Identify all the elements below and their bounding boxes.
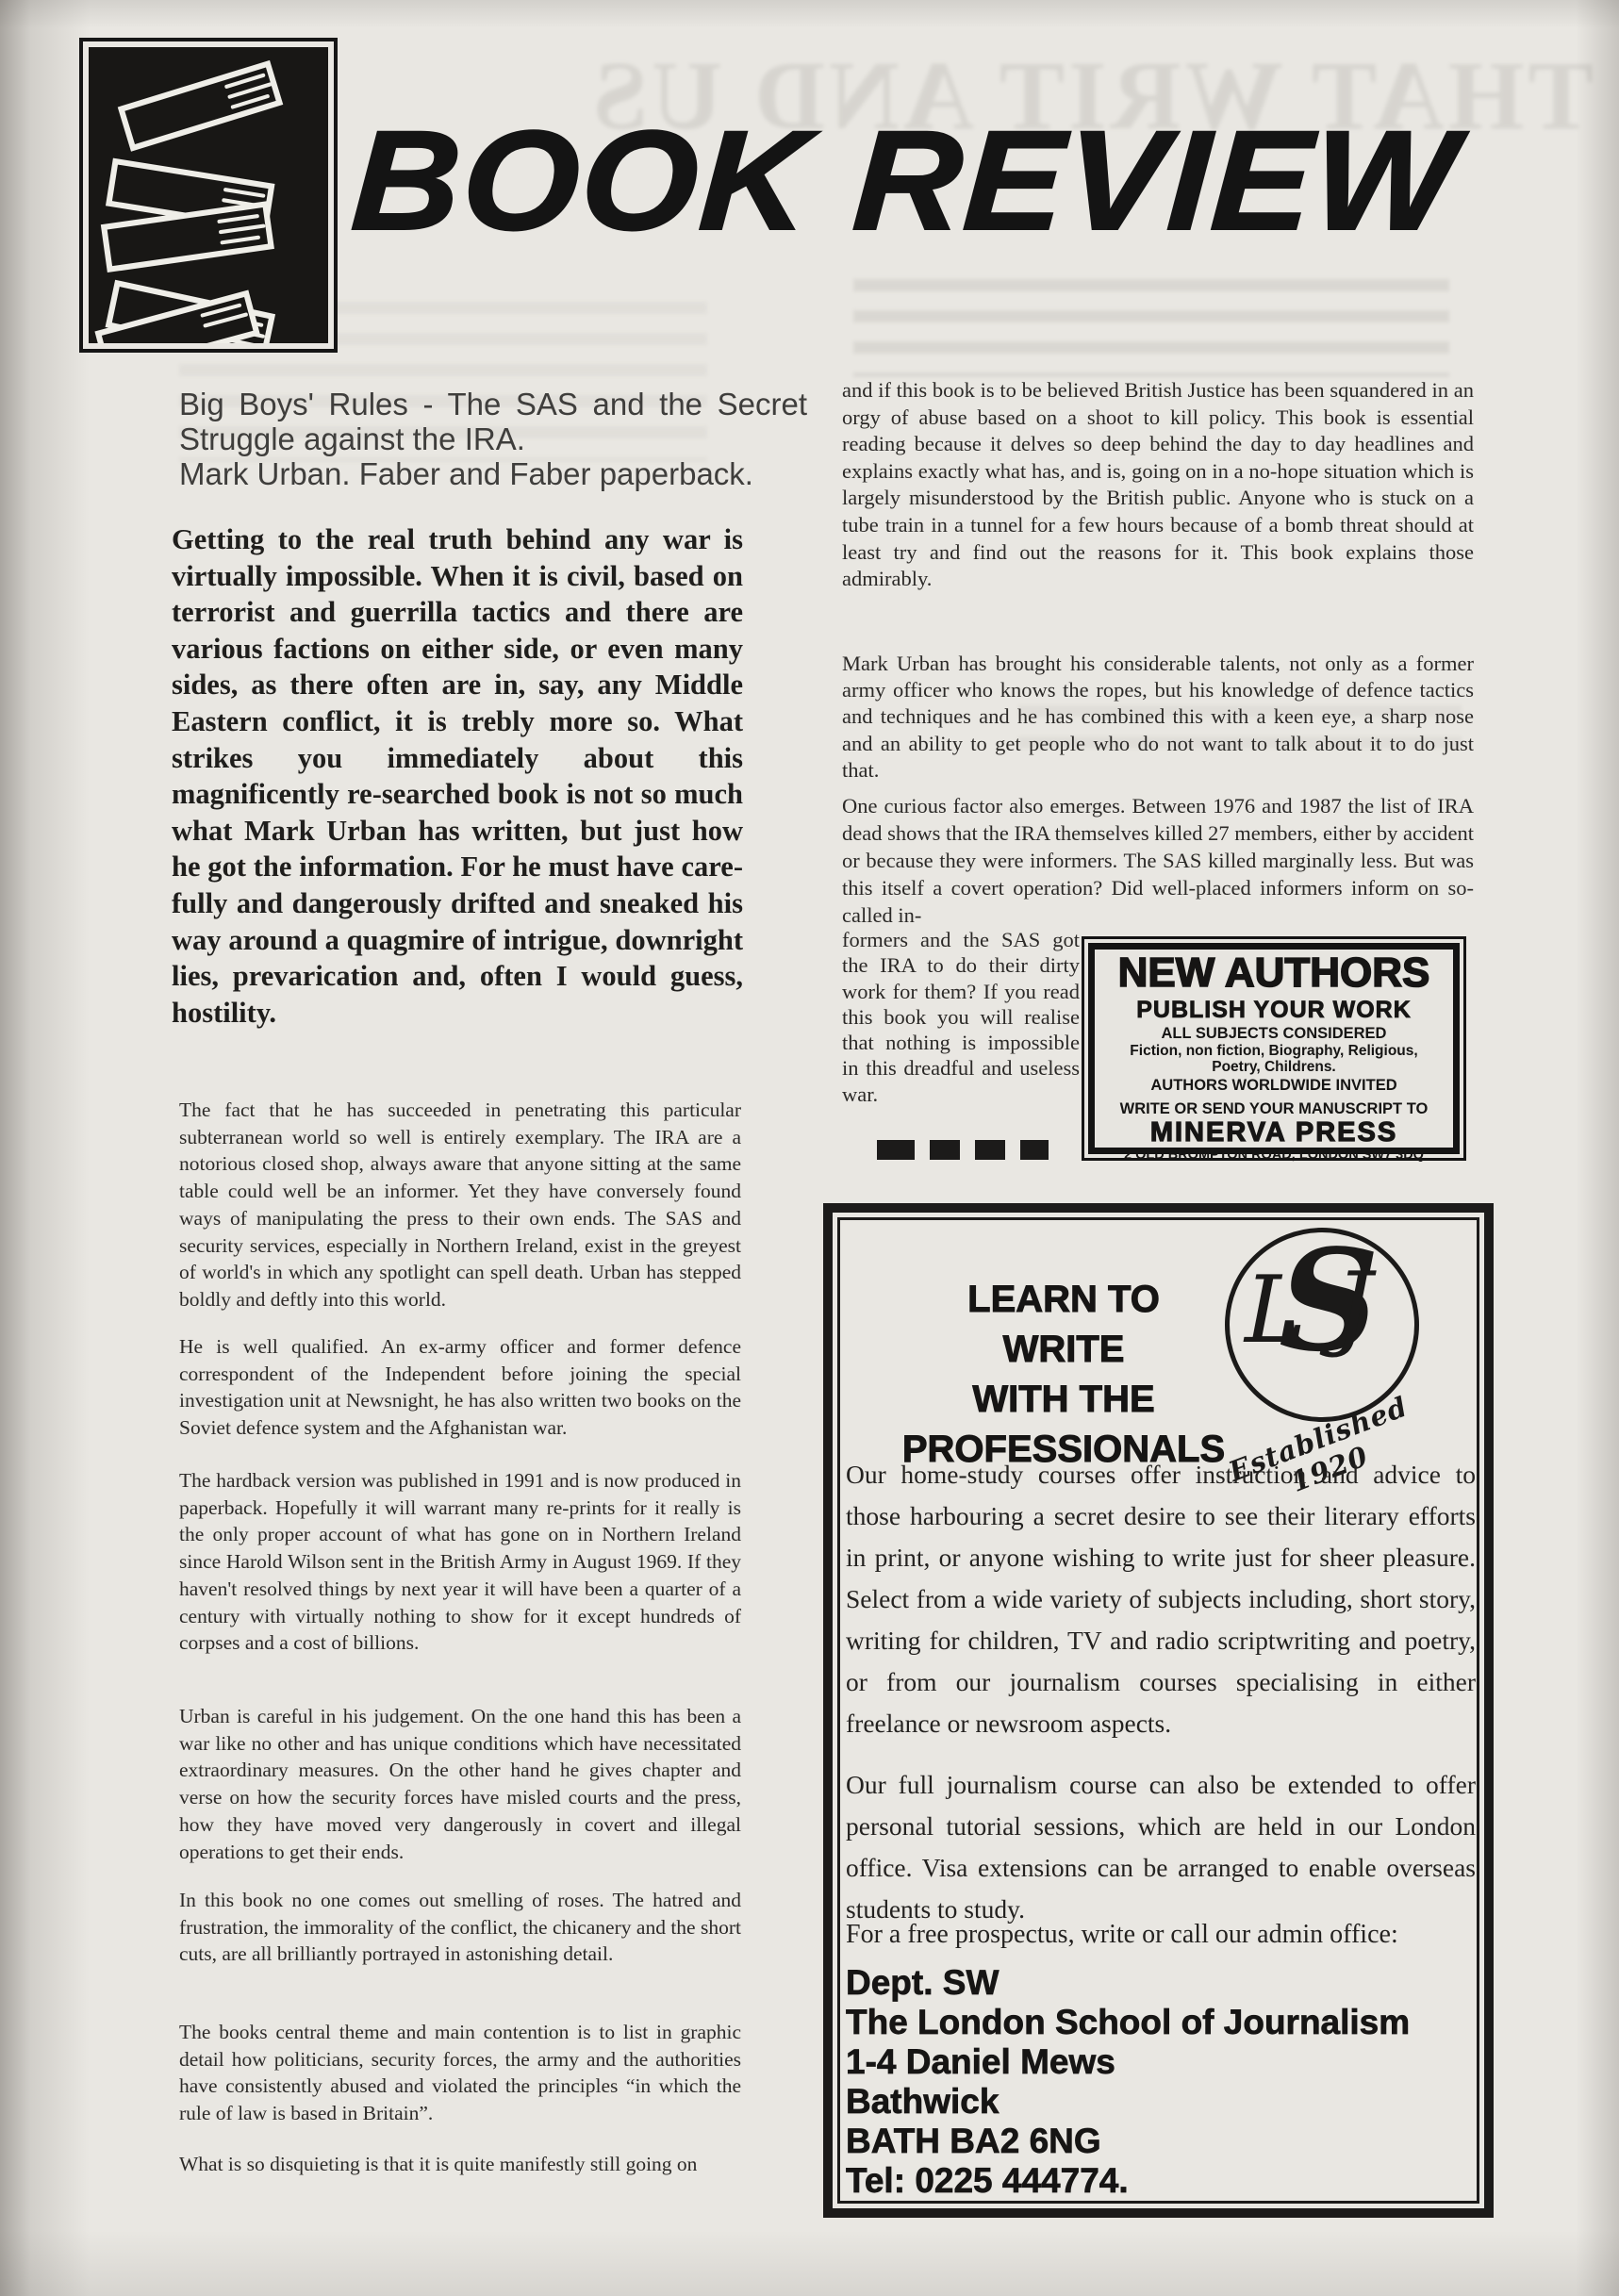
books-icon — [79, 38, 338, 353]
lsj-ad-inner: LEARN TO WRITE WITH THE PROFESSIONALS L … — [837, 1217, 1479, 2204]
ad-line: AUTHORS WORLDWIDE INVITED — [1095, 1077, 1453, 1095]
ad-line: WRITE OR SEND YOUR MANUSCRIPT TO — [1095, 1100, 1453, 1118]
review-paragraph: The hardback version was published in 19… — [179, 1467, 741, 1657]
minerva-press-ad: NEW AUTHORS PUBLISH YOUR WORK ALL SUBJEC… — [1082, 936, 1466, 1161]
book-citation-line: Mark Urban. Faber and Faber paperback. — [179, 456, 807, 491]
ad-address-line: 1-4 Daniel Mews — [846, 2042, 1476, 2082]
ad-subheadline: PUBLISH YOUR WORK — [1095, 998, 1453, 1023]
ad-cta-line: For a free prospectus, write or call our… — [846, 1920, 1476, 1950]
ad-headline-line: WRITE — [899, 1325, 1229, 1375]
lsj-ad: LEARN TO WRITE WITH THE PROFESSIONALS L … — [823, 1203, 1494, 2218]
book-citation-line: Big Boys' Rules - The SAS and the Secret — [179, 387, 807, 421]
ad-address: 2 OLD BROMPTON ROAD, LONDON SW7 3DQ — [1095, 1148, 1453, 1164]
ad-line: ALL SUBJECTS CONSIDERED — [1095, 1025, 1453, 1043]
review-paragraph: One curious factor also emerges. Between… — [842, 792, 1474, 929]
books-icon-art — [89, 47, 328, 343]
ad-address-line: Dept. SW — [846, 1963, 1476, 2003]
minerva-press-ad-inner: NEW AUTHORS PUBLISH YOUR WORK ALL SUBJEC… — [1088, 943, 1460, 1154]
separator-square — [930, 1140, 960, 1160]
magazine-page: THAT WRIT AND US — [0, 0, 1619, 2296]
scan-shadow-left — [0, 0, 90, 2296]
page-title: BOOK REVIEW — [349, 109, 1462, 251]
ad-address-line: The London School of Journalism — [846, 2003, 1476, 2042]
separator-square — [975, 1140, 1005, 1160]
lsj-logo: L S J — [1225, 1228, 1419, 1422]
ad-headline-line: WITH THE — [899, 1375, 1229, 1425]
separator-square — [1020, 1140, 1049, 1160]
ad-company-name: MINERVA PRESS — [1095, 1118, 1453, 1148]
ad-headline: NEW AUTHORS — [1095, 951, 1453, 995]
review-paragraph: and if this book is to be believed Briti… — [842, 377, 1474, 593]
end-of-article-squares — [877, 1140, 1064, 1165]
scan-shadow-right — [1576, 0, 1619, 2296]
review-paragraph: In this book no one comes out smelling o… — [179, 1887, 741, 1968]
review-paragraph: The books central theme and main content… — [179, 2019, 741, 2127]
ad-headline: LEARN TO WRITE WITH THE PROFESSIONALS — [899, 1275, 1229, 1475]
review-paragraph: Mark Urban has brought his considerable … — [842, 651, 1474, 784]
ad-line: Fiction, non fiction, Biography, Religio… — [1095, 1043, 1453, 1059]
book-citation-line: Struggle against the IRA. — [179, 421, 807, 456]
review-paragraph: What is so disquieting is that it is qui… — [179, 2151, 741, 2178]
separator-square — [877, 1140, 915, 1160]
ad-address-block: Dept. SW The London School of Journalism… — [846, 1963, 1476, 2201]
showthrough-text-stripes — [853, 279, 1449, 377]
ad-address-line: Tel: 0225 444774. — [846, 2161, 1476, 2201]
review-paragraph: Urban is careful in his judgement. On th… — [179, 1703, 741, 1865]
ad-headline-line: LEARN TO — [899, 1275, 1229, 1325]
ad-body-paragraph: Our full journalism course can also be e… — [846, 1764, 1476, 1930]
book-citation: Big Boys' Rules - The SAS and the Secret… — [179, 387, 807, 491]
review-paragraph: The fact that he has succeeded in penetr… — [179, 1097, 741, 1313]
ad-line: Poetry, Childrens. — [1095, 1059, 1453, 1075]
review-paragraph-continuation: formers and the SAS got the IRA to do th… — [842, 927, 1080, 1107]
lsj-logo-letter: J — [1335, 1261, 1372, 1353]
review-intro-paragraph: Getting to the real truth behind any war… — [172, 521, 743, 1031]
scan-shadow-top — [0, 0, 1619, 28]
ad-address-line: Bathwick — [846, 2082, 1476, 2122]
ad-address-line: BATH BA2 6NG — [846, 2122, 1476, 2161]
ad-body-paragraph: Our home-study courses offer instruction… — [846, 1454, 1476, 1744]
scan-shadow-bottom — [0, 2230, 1619, 2296]
review-paragraph: He is well qualified. An ex-army officer… — [179, 1333, 741, 1442]
